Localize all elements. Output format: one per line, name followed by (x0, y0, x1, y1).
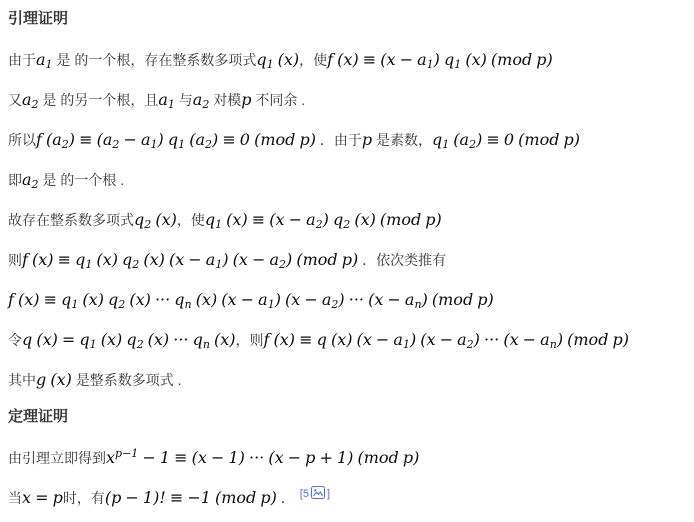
math-formula: p (241, 90, 251, 109)
math-formula: f (x) ≡ (x − a1) q1 (x) (mod p) (327, 50, 553, 69)
text-run: 故存在整系数多项式 (8, 212, 134, 228)
text-run: 即 (8, 172, 22, 188)
paragraph: 由于a1 是 的一个根，存在整系数多项式q1 (x)，使f (x) ≡ (x −… (8, 46, 686, 74)
text-run: ．由于 (316, 132, 362, 148)
heading-lemma-proof: 引理证明 (8, 8, 686, 30)
math-formula: (p − 1)! ≡ −1 (mod p) (105, 488, 277, 507)
math-formula: a2 (193, 90, 210, 109)
text-run: 令 (8, 332, 22, 348)
math-formula: a1 (158, 90, 175, 109)
math-formula: a2 (22, 170, 39, 189)
math-formula: q1 (x) ≡ (x − a2) q2 (x) (mod p) (205, 210, 442, 229)
text-run: 是素数， (372, 132, 432, 148)
math-formula: q1 (x) (256, 50, 299, 69)
text-run: 由引理立即得到 (8, 450, 106, 466)
paragraph: 故存在整系数多项式q2 (x)，使q1 (x) ≡ (x − a2) q2 (x… (8, 206, 686, 234)
paragraph: 由引理立即得到xp−1 − 1 ≡ (x − 1) ··· (x − p + 1… (8, 444, 686, 472)
math-formula: xp−1 − 1 ≡ (x − 1) ··· (x − p + 1) (mod … (106, 448, 419, 467)
text-run: 其中 (8, 372, 36, 388)
paragraph: 即a2 是 的一个根 . (8, 166, 686, 194)
text-run: 则 (8, 252, 22, 268)
text-run: ，使 (299, 52, 327, 68)
math-formula: g (x) (36, 370, 72, 389)
math-formula: f (x) ≡ q1 (x) q2 (x) (x − a1) (x − a2) … (22, 250, 358, 269)
reference-number: 5 (303, 488, 309, 500)
math-formula: f (a2) ≡ (a2 − a1) q1 (a2) ≡ 0 (mod p) (36, 130, 316, 149)
paragraph: 又a2 是 的另一个根，且a1 与a2 对模p 不同余 . (8, 86, 686, 114)
heading-theorem-proof: 定理证明 (8, 406, 686, 428)
text-run: 由于 (8, 52, 36, 68)
math-formula: a1 (36, 50, 53, 69)
text-run: 与 (175, 92, 193, 108)
text-run: 又 (8, 92, 22, 108)
math-formula: q1 (a2) ≡ 0 (mod p) (432, 130, 580, 149)
reference-close-bracket: ] (327, 488, 330, 500)
text-run: 当 (8, 490, 22, 506)
text-run: 是 的一个根，存在整系数多项式 (53, 52, 257, 68)
reference-link[interactable]: [5] (300, 488, 330, 500)
text-run: 是 的一个根 . (39, 172, 125, 188)
math-formula: f (x) ≡ q (x) (x − a1) (x − a2) ··· (x −… (264, 330, 629, 349)
text-run: ，使 (177, 212, 205, 228)
picture-icon (311, 486, 325, 499)
math-formula: q (x) = q1 (x) q2 (x) ··· qn (x) (22, 330, 236, 349)
text-run: 对模 (209, 92, 241, 108)
paragraph: 其中g (x) 是整系数多项式 . (8, 366, 686, 394)
text-run: ．依次类推有 (358, 252, 446, 268)
text-run: 所以 (8, 132, 36, 148)
math-formula: f (x) ≡ q1 (x) q2 (x) ··· qn (x) (x − a1… (8, 290, 494, 309)
text-run: 时，有 (63, 490, 105, 506)
text-run: 是 的另一个根，且 (39, 92, 159, 108)
math-formula: q2 (x) (134, 210, 177, 229)
math-formula: a2 (22, 90, 39, 109)
paragraph: f (x) ≡ q1 (x) q2 (x) ··· qn (x) (x − a1… (8, 286, 686, 314)
paragraph: 令q (x) = q1 (x) q2 (x) ··· qn (x)，则f (x)… (8, 326, 686, 354)
math-formula: x = p (22, 488, 63, 507)
article-content: 引理证明由于a1 是 的一个根，存在整系数多项式q1 (x)，使f (x) ≡ … (8, 8, 686, 512)
paragraph: 所以f (a2) ≡ (a2 − a1) q1 (a2) ≡ 0 (mod p)… (8, 126, 686, 154)
text-run: 是整系数多项式 . (72, 372, 182, 388)
math-formula: p (362, 130, 372, 149)
text-run: ，则 (236, 332, 264, 348)
paragraph: 则f (x) ≡ q1 (x) q2 (x) (x − a1) (x − a2)… (8, 246, 686, 274)
paragraph: 当x = p时，有(p − 1)! ≡ −1 (mod p) ．[5] (8, 484, 686, 512)
text-run: ． (277, 490, 295, 506)
text-run: 不同余 . (251, 92, 305, 108)
